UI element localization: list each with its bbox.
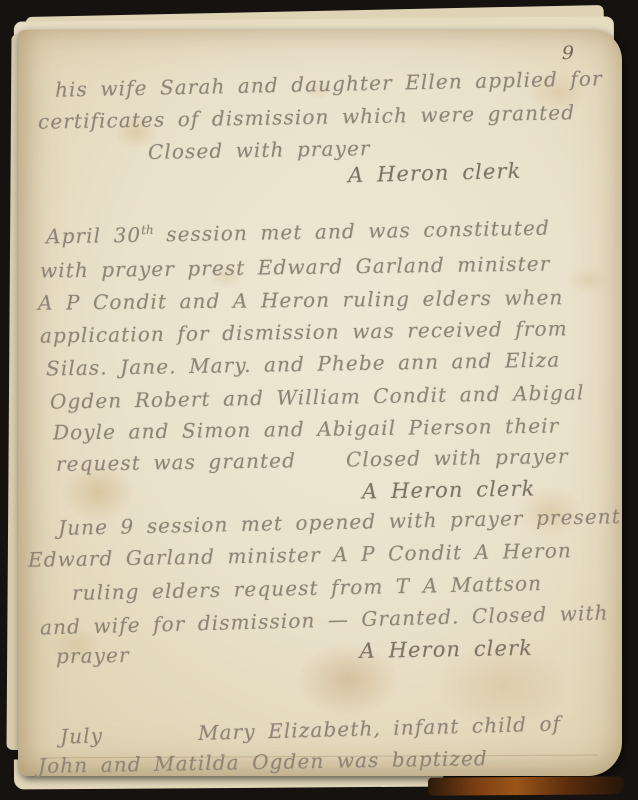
manuscript-page: 9 his wife Sarah and daughter Ellen appl… — [18, 30, 622, 776]
manuscript-line: Doyle and Simon and Abigail Pierson thei… — [53, 413, 560, 444]
closing-line: Closed with prayer — [148, 136, 371, 164]
clerk-signature: A Heron clerk — [362, 476, 536, 503]
line-text: request was granted — [56, 448, 296, 476]
line-text: session met and was constituted — [154, 216, 550, 247]
date-ordinal: th — [141, 223, 154, 237]
closing-line: Closed with prayer — [346, 444, 569, 471]
clerk-signature: A Heron clerk — [348, 159, 522, 188]
manuscript-line: June 9 session met opened with prayer pr… — [58, 504, 621, 540]
clerk-signature: A Heron clerk — [359, 636, 533, 663]
manuscript-line: application for dismission was received … — [40, 316, 568, 347]
manuscript-line: with prayer prest Edward Garland ministe… — [40, 251, 551, 282]
manuscript-line: A P Condit and A Heron ruling elders whe… — [38, 285, 564, 315]
manuscript-line: Silas. Jane. Mary. and Phebe ann and Eli… — [46, 348, 561, 381]
manuscript-line: certificates of dismission which were gr… — [38, 100, 576, 133]
manuscript-line: prayerA Heron clerk — [56, 636, 533, 668]
line-text: Mary Elizabeth, infant child of — [198, 711, 562, 744]
manuscript-line: his wife Sarah and daughter Ellen applie… — [55, 66, 603, 101]
manuscript-line: request was grantedClosed with prayer — [56, 444, 569, 476]
manuscript-line: John and Matilda Ogden was baptized — [38, 746, 488, 778]
binding-leather-edge — [428, 776, 624, 795]
month-text: July — [60, 723, 104, 748]
manuscript-line: Edward Garland minister A P Condit A Her… — [28, 538, 572, 571]
manuscript-line: ruling elders request from T A Mattson — [72, 571, 543, 605]
manuscript-line: JulyMary Elizabeth, infant child of — [60, 711, 562, 748]
photo-backdrop: 9 his wife Sarah and daughter Ellen appl… — [0, 0, 638, 800]
date-text: April 30 — [46, 223, 142, 249]
manuscript-line: and wife for dismission — Granted. Close… — [40, 601, 609, 640]
manuscript-line: April 30th session met and was constitut… — [46, 216, 550, 249]
line-text: prayer — [56, 643, 130, 668]
page-number: 9 — [562, 42, 574, 64]
manuscript-line: Ogden Robert and William Condit and Abig… — [50, 380, 585, 413]
